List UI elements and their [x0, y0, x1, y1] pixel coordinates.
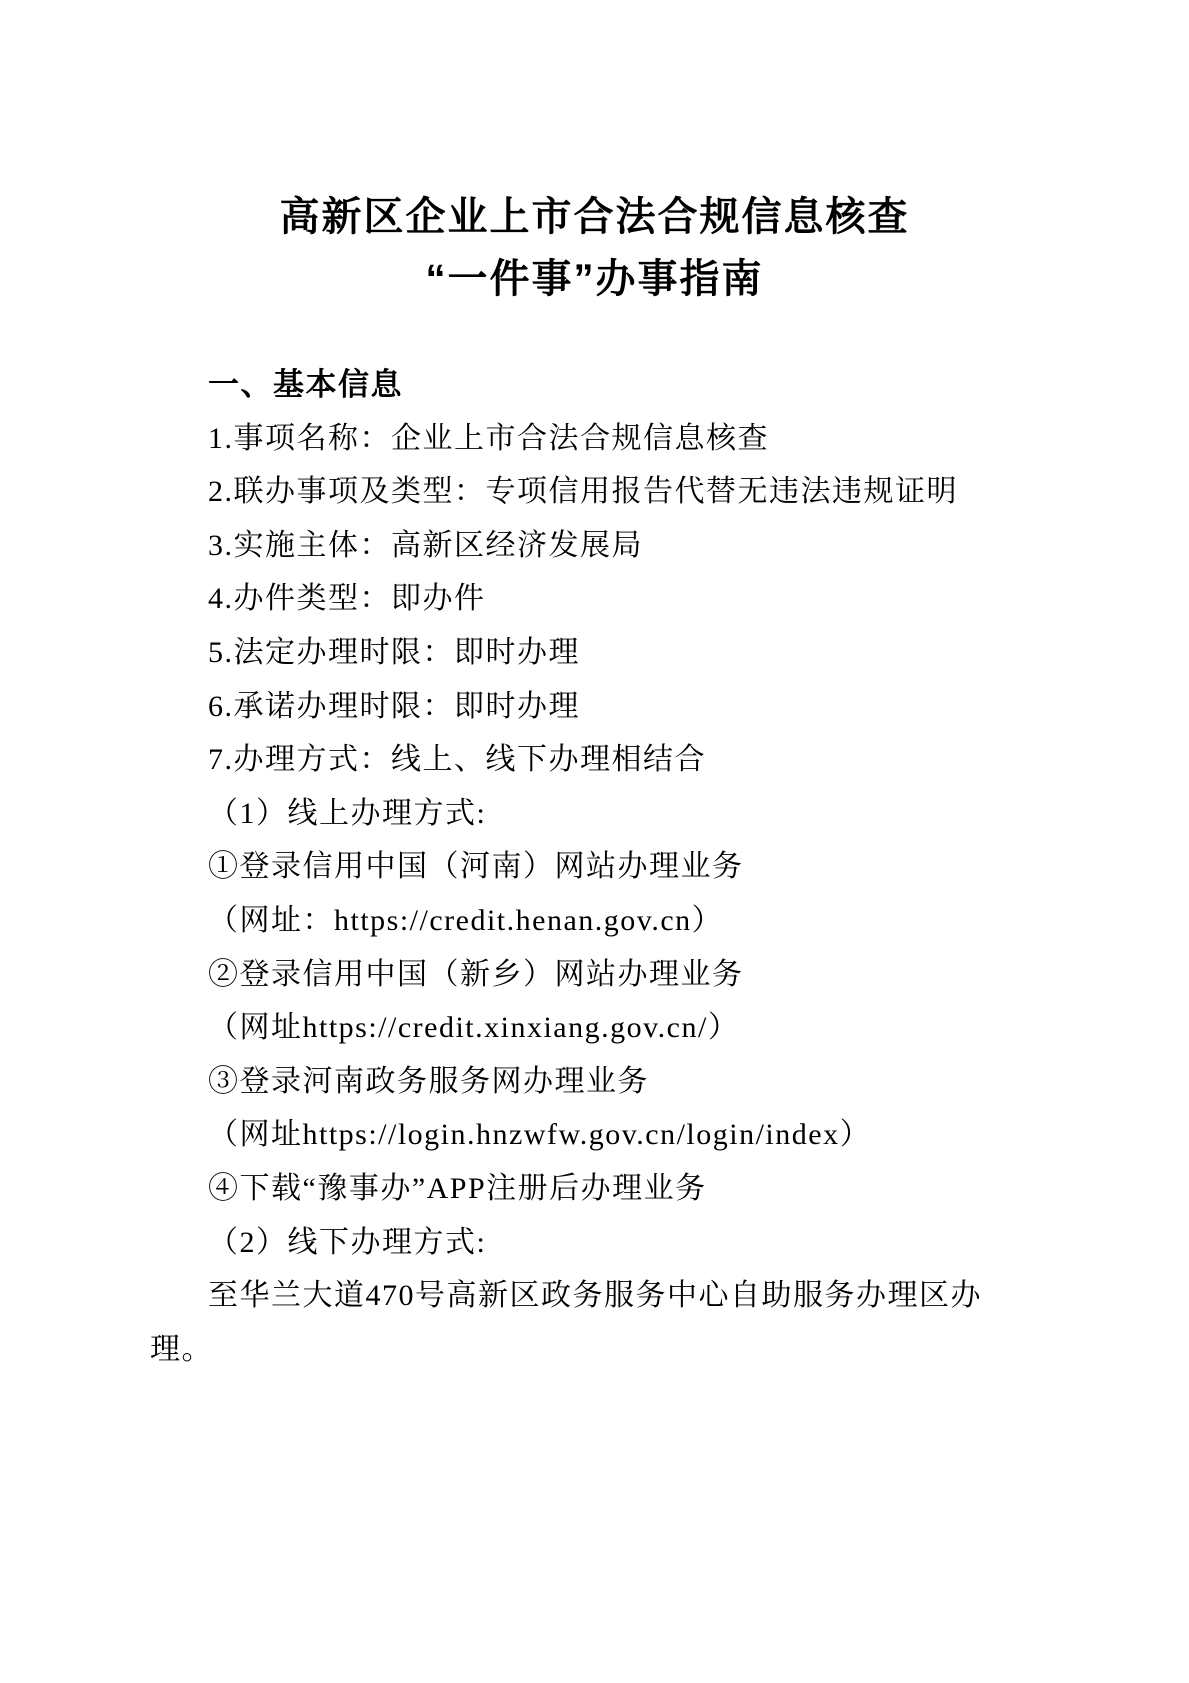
item-handling-method: 7.办理方式：线上、线下办理相结合: [150, 733, 1042, 787]
online-step-2: ②登录信用中国（新乡）网站办理业务: [150, 948, 1042, 1002]
subitem-offline-method: （2）线下办理方式:: [150, 1216, 1042, 1270]
item-implementing-body: 3.实施主体：高新区经济发展局: [150, 519, 1042, 573]
document-page: 高新区企业上市合法合规信息核查 “一件事”办事指南 一、基本信息 1.事项名称：…: [0, 0, 1189, 1683]
document-title-line-1: 高新区企业上市合法合规信息核查: [0, 186, 1189, 248]
subitem-online-method: （1）线上办理方式:: [150, 787, 1042, 841]
url-line-credit-henan: （网址：https://credit.henan.gov.cn）: [150, 894, 1042, 948]
online-step-4: ④下载“豫事办”APP注册后办理业务: [150, 1162, 1042, 1216]
item-matter-name: 1.事项名称：企业上市合法合规信息核查: [150, 412, 1042, 466]
online-step-1: ①登录信用中国（河南）网站办理业务: [150, 840, 1042, 894]
section-heading-basic-info: 一、基本信息: [150, 358, 1042, 412]
document-title-line-2: “一件事”办事指南: [0, 248, 1189, 310]
offline-address-line-1: 至华兰大道470号高新区政务服务中心自助服务办理区办: [150, 1269, 1042, 1323]
url-line-credit-xinxiang: （网址https://credit.xinxiang.gov.cn/）: [150, 1001, 1042, 1055]
item-case-type: 4.办件类型：即办件: [150, 572, 1042, 626]
online-step-3: ③登录河南政务服务网办理业务: [150, 1055, 1042, 1109]
item-statutory-time: 5.法定办理时限：即时办理: [150, 626, 1042, 680]
document-body: 一、基本信息 1.事项名称：企业上市合法合规信息核查 2.联办事项及类型：专项信…: [150, 358, 1042, 1376]
document-title: 高新区企业上市合法合规信息核查 “一件事”办事指南: [0, 186, 1189, 310]
item-joint-matter-type: 2.联办事项及类型：专项信用报告代替无违法违规证明: [150, 465, 1042, 519]
url-line-hnzwfw-login: （网址https://login.hnzwfw.gov.cn/login/ind…: [150, 1108, 1042, 1162]
offline-address-line-2: 理。: [150, 1323, 1042, 1377]
item-promised-time: 6.承诺办理时限：即时办理: [150, 680, 1042, 734]
